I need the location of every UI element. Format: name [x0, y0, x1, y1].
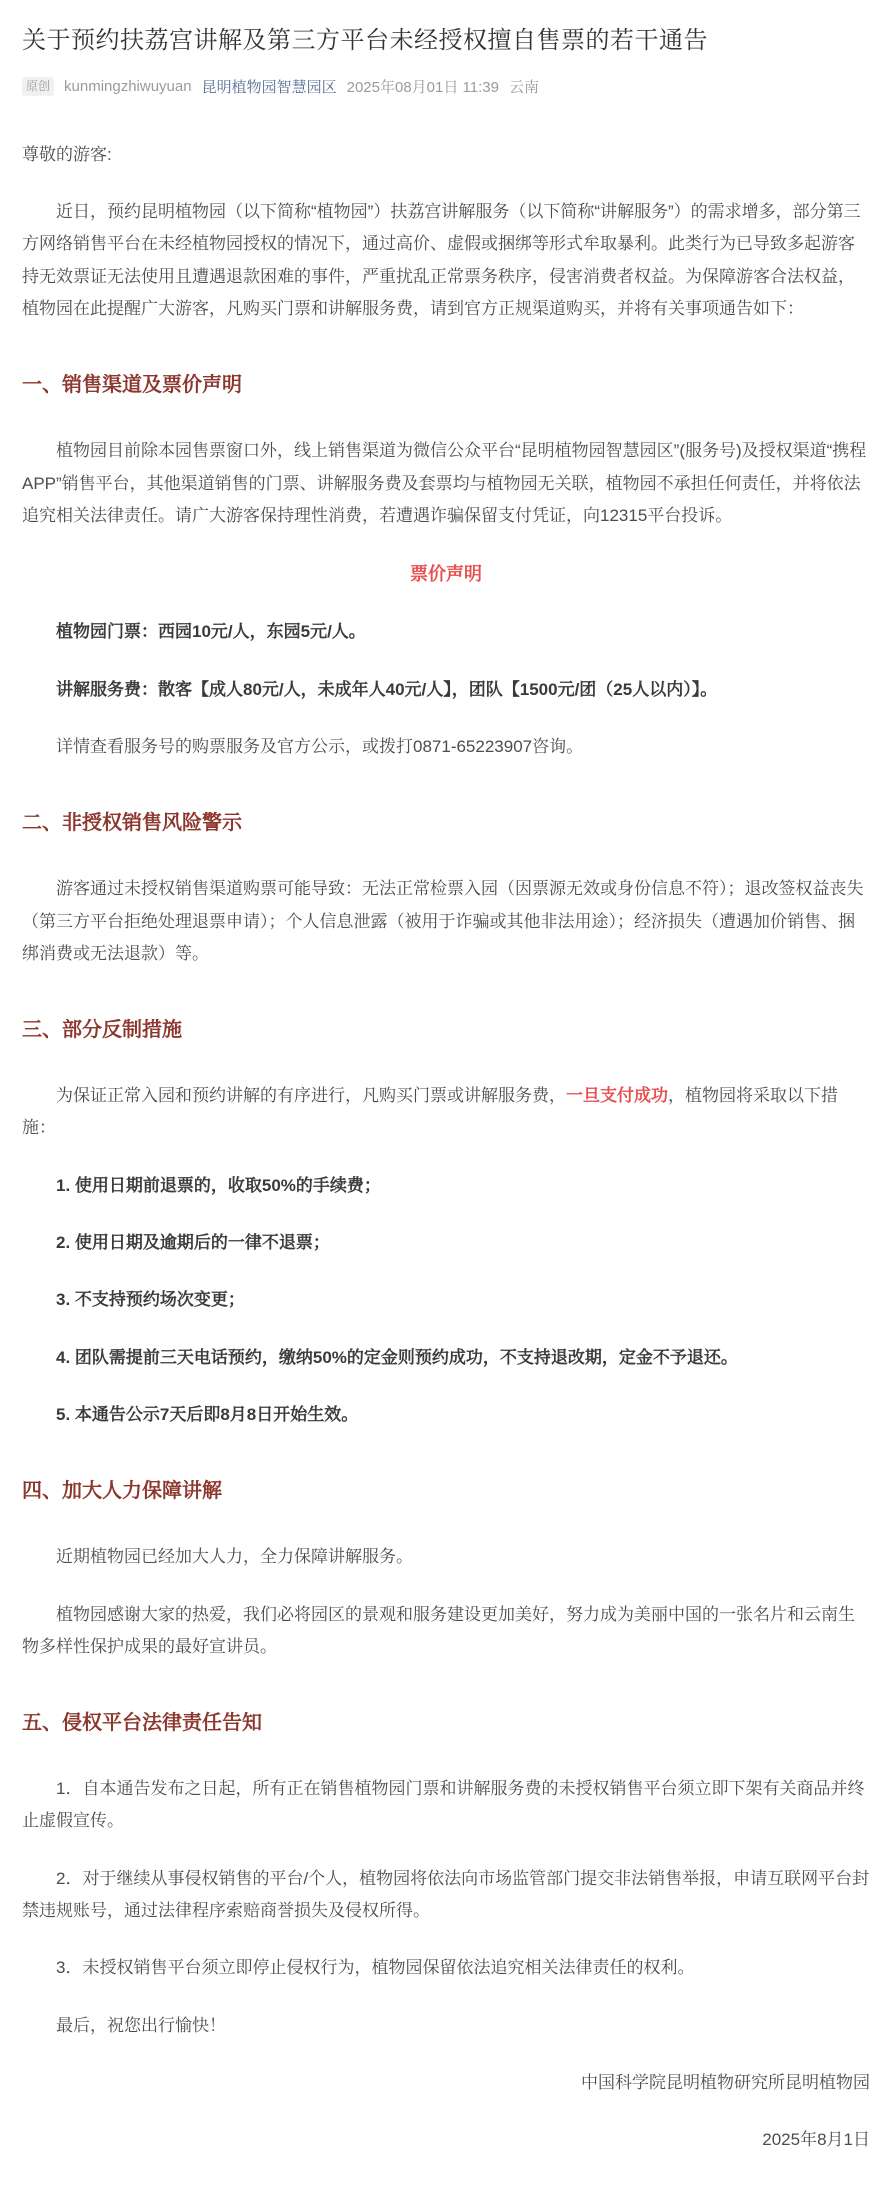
measure-item-1: 1. 使用日期前退票的，收取50%的手续费； — [22, 1170, 870, 1202]
date-line: 2025年8月1日 — [22, 2124, 870, 2156]
account-name-link[interactable]: 昆明植物园智慧园区 — [202, 76, 337, 97]
intro-paragraph: 近日，预约昆明植物园（以下简称“植物园”）扶荔宫讲解服务（以下简称“讲解服务”）… — [22, 196, 870, 325]
section3-title: 三、部分反制措施 — [22, 1016, 870, 1044]
payment-success-highlight: 一旦支付成功 — [566, 1086, 668, 1105]
section4-paragraph-2: 植物园感谢大家的热爱，我们必将园区的景观和服务建设更加美好，努力成为美丽中国的一… — [22, 1599, 870, 1664]
section1-paragraph: 植物园目前除本园售票窗口外，线上销售渠道为微信公众平台“昆明植物园智慧园区”(服… — [22, 435, 870, 532]
measure-item-2: 2. 使用日期及逾期后的一律不退票； — [22, 1227, 870, 1259]
legal-item-2: 2．对于继续从事侵权销售的平台/个人，植物园将依法向市场监管部门提交非法销售举报… — [22, 1863, 870, 1928]
contact-note: 详情查看服务号的购票服务及官方公示，或拨打0871-65223907咨询。 — [22, 731, 870, 763]
price-statement-subtitle: 票价声明 — [22, 557, 870, 591]
section4-paragraph-1: 近期植物园已经加大人力，全力保障讲解服务。 — [22, 1541, 870, 1573]
closing-line: 最后，祝您出行愉快！ — [22, 2010, 870, 2042]
measure-item-4: 4. 团队需提前三天电话预约，缴纳50%的定金则预约成功，不支持退改期，定金不予… — [22, 1342, 870, 1374]
section2-title: 二、非授权销售风险警示 — [22, 809, 870, 837]
publish-location: 云南 — [509, 76, 539, 97]
section1-title: 一、销售渠道及票价声明 — [22, 371, 870, 399]
author-id: kunmingzhiwuyuan — [64, 78, 192, 95]
section3-text-before: 为保证正常入园和预约讲解的有序进行，凡购买门票或讲解服务费， — [56, 1086, 566, 1105]
salutation: 尊敬的游客: — [22, 139, 870, 171]
original-badge[interactable]: 原创 — [22, 77, 54, 96]
article-body: 尊敬的游客: 近日，预约昆明植物园（以下简称“植物园”）扶荔宫讲解服务（以下简称… — [22, 139, 870, 2157]
article-byline: 原创 kunmingzhiwuyuan 昆明植物园智慧园区 2025年08月01… — [22, 76, 870, 97]
measure-item-5: 5. 本通告公示7天后即8月8日开始生效。 — [22, 1399, 870, 1431]
publish-datetime: 2025年08月01日 11:39 — [347, 76, 499, 97]
section3-paragraph: 为保证正常入园和预约讲解的有序进行，凡购买门票或讲解服务费，一旦支付成功，植物园… — [22, 1080, 870, 1145]
article-title: 关于预约扶荔宫讲解及第三方平台未经授权擅自售票的若干通告 — [22, 24, 870, 59]
legal-item-1: 1．自本通告发布之日起，所有正在销售植物园门票和讲解服务费的未授权销售平台须立即… — [22, 1773, 870, 1838]
section2-paragraph: 游客通过未授权销售渠道购票可能导致：无法正常检票入园（因票源无效或身份信息不符）… — [22, 873, 870, 970]
article-page: 关于预约扶荔宫讲解及第三方平台未经授权擅自售票的若干通告 原创 kunmingz… — [0, 0, 892, 2211]
section5-title: 五、侵权平台法律责任告知 — [22, 1709, 870, 1737]
guide-fee-line: 讲解服务费：散客【成人80元/人，未成年人40元/人】，团队【1500元/团（2… — [22, 674, 870, 706]
section4-title: 四、加大人力保障讲解 — [22, 1477, 870, 1505]
legal-item-3: 3．未授权销售平台须立即停止侵权行为，植物园保留依法追究相关法律责任的权利。 — [22, 1952, 870, 1984]
signature-line: 中国科学院昆明植物研究所昆明植物园 — [22, 2067, 870, 2099]
measure-item-3: 3. 不支持预约场次变更； — [22, 1284, 870, 1316]
ticket-price-line: 植物园门票：西园10元/人，东园5元/人。 — [22, 616, 870, 648]
